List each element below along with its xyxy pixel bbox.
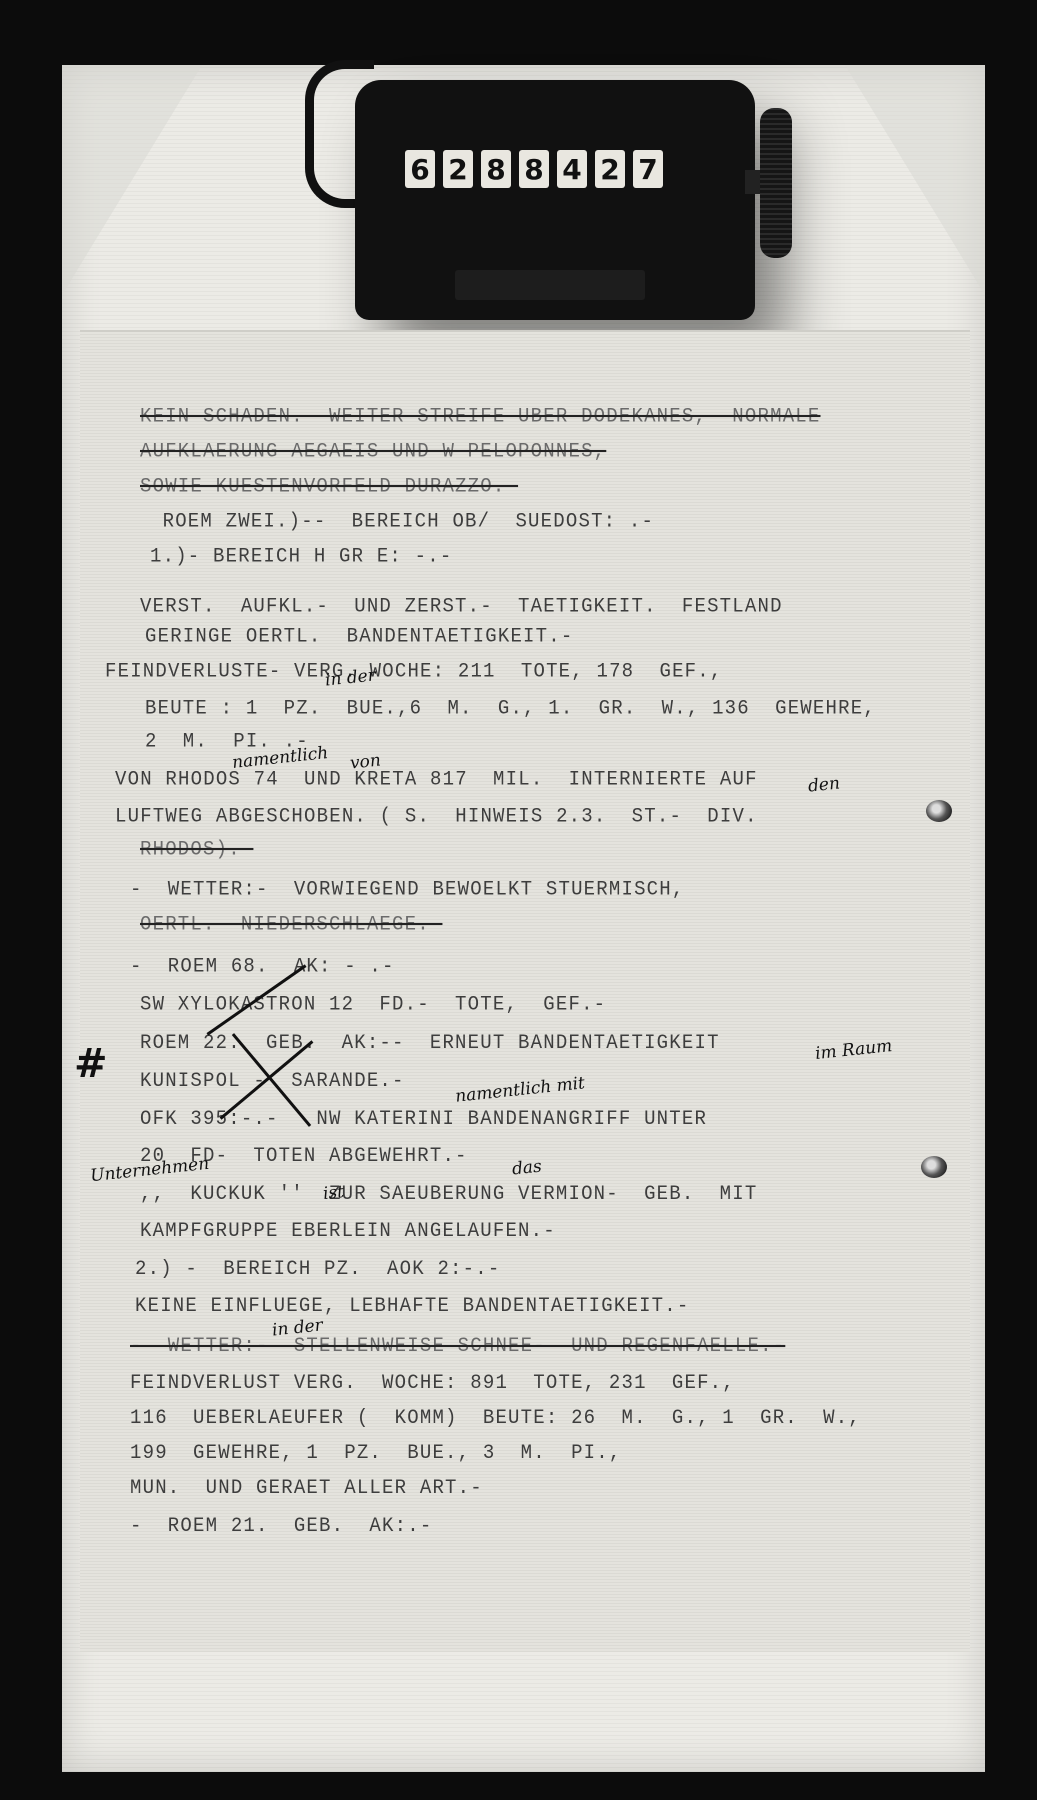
handwritten-note: das (511, 1156, 543, 1179)
handwritten-note: den (807, 773, 841, 796)
report-line: LUFTWEG ABGESCHOBEN. ( S. HINWEIS 2.3. S… (115, 804, 758, 827)
report-line: 2.) - BEREICH PZ. AOK 2:-.- (135, 1257, 500, 1280)
counter-digit: 6 (405, 150, 435, 188)
frame-counter-device: 6 2 8 8 4 2 7 (355, 80, 755, 320)
report-line: OERTL. NIEDERSCHLAEGE.- (140, 912, 442, 935)
counter-digit: 8 (481, 150, 511, 188)
report-line: KEINE EINFLUEGE, LEBHAFTE BANDENTAETIGKE… (135, 1294, 689, 1317)
counter-digit: 2 (443, 150, 473, 188)
report-line: SW XYLOKASTRON 12 FD.- TOTE, GEF.- (140, 992, 606, 1015)
report-line: VERST. AUFKL.- UND ZERST.- TAETIGKEIT. F… (140, 594, 783, 617)
counter-digits: 6 2 8 8 4 2 7 (405, 150, 663, 188)
report-line: VON RHODOS 74 UND KRETA 817 MIL. INTERNI… (115, 767, 758, 790)
photo-corner-top-right (845, 65, 985, 295)
report-line: 1.)- BEREICH H GR E: -.- (150, 544, 452, 567)
counter-digit: 7 (633, 150, 663, 188)
report-line: KAMPFGRUPPE EBERLEIN ANGELAUFEN.- (140, 1219, 556, 1242)
report-line: AUFKLAERUNG AEGAEIS UND W PELOPONNES, (140, 439, 606, 462)
counter-digit: 4 (557, 150, 587, 188)
report-line: FEINDVERLUSTE- VERG. WOCHE: 211 TOTE, 17… (105, 659, 723, 682)
report-line: KEIN SCHADEN. WEITER STREIFE UBER DODEKA… (140, 404, 821, 427)
counter-digit: 2 (595, 150, 625, 188)
counter-slot (455, 270, 645, 300)
binder-hole (921, 1156, 947, 1178)
report-line: BEUTE : 1 PZ. BUE.,6 M. G., 1. GR. W., 1… (145, 696, 876, 719)
handwritten-note: ist (322, 1182, 345, 1204)
report-line: 116 UEBERLAEUFER ( KOMM) BEUTE: 26 M. G.… (130, 1406, 861, 1429)
report-line: - ROEM 21. GEB. AK:.- (130, 1514, 432, 1537)
report-line: FEINDVERLUST VERG. WOCHE: 891 TOTE, 231 … (130, 1371, 735, 1394)
report-line: - WETTER:- VORWIEGEND BEWOELKT STUERMISC… (130, 877, 684, 900)
report-line: - ROEM 68. AK: - .- (130, 954, 395, 977)
report-line: GERINGE OERTL. BANDENTAETIGKEIT.- (145, 624, 573, 647)
margin-mark: # (74, 1040, 108, 1087)
counter-reset-knob-icon (760, 108, 792, 258)
photo-corner-top-left (62, 65, 202, 295)
report-line: MUN. UND GERAET ALLER ART.- (130, 1476, 483, 1499)
report-line: ,, KUCKUK '' ZUR SAEUBERUNG VERMION- GEB… (140, 1182, 758, 1205)
report-line: OFK 395:-.- NW KATERINI BANDENANGRIFF UN… (140, 1107, 707, 1130)
counter-digit: 8 (519, 150, 549, 188)
report-line: RHODOS).- (140, 837, 253, 860)
report-line: ROEM 22. GEB. AK:-- ERNEUT BANDENTAETIGK… (140, 1031, 720, 1054)
report-line: - WETTER:- STELLENWEISE SCHNEE- UND REGE… (130, 1334, 785, 1357)
handwritten-note: von (349, 750, 382, 773)
binder-hole (926, 800, 952, 822)
report-line: SOWIE KUESTENVORFELD DURAZZO.- (140, 474, 518, 497)
report-line: 199 GEWEHRE, 1 PZ. BUE., 3 M. PI., (130, 1441, 621, 1464)
report-line: ROEM ZWEI.)-- BEREICH OB/ SUEDOST: .- (150, 509, 654, 532)
